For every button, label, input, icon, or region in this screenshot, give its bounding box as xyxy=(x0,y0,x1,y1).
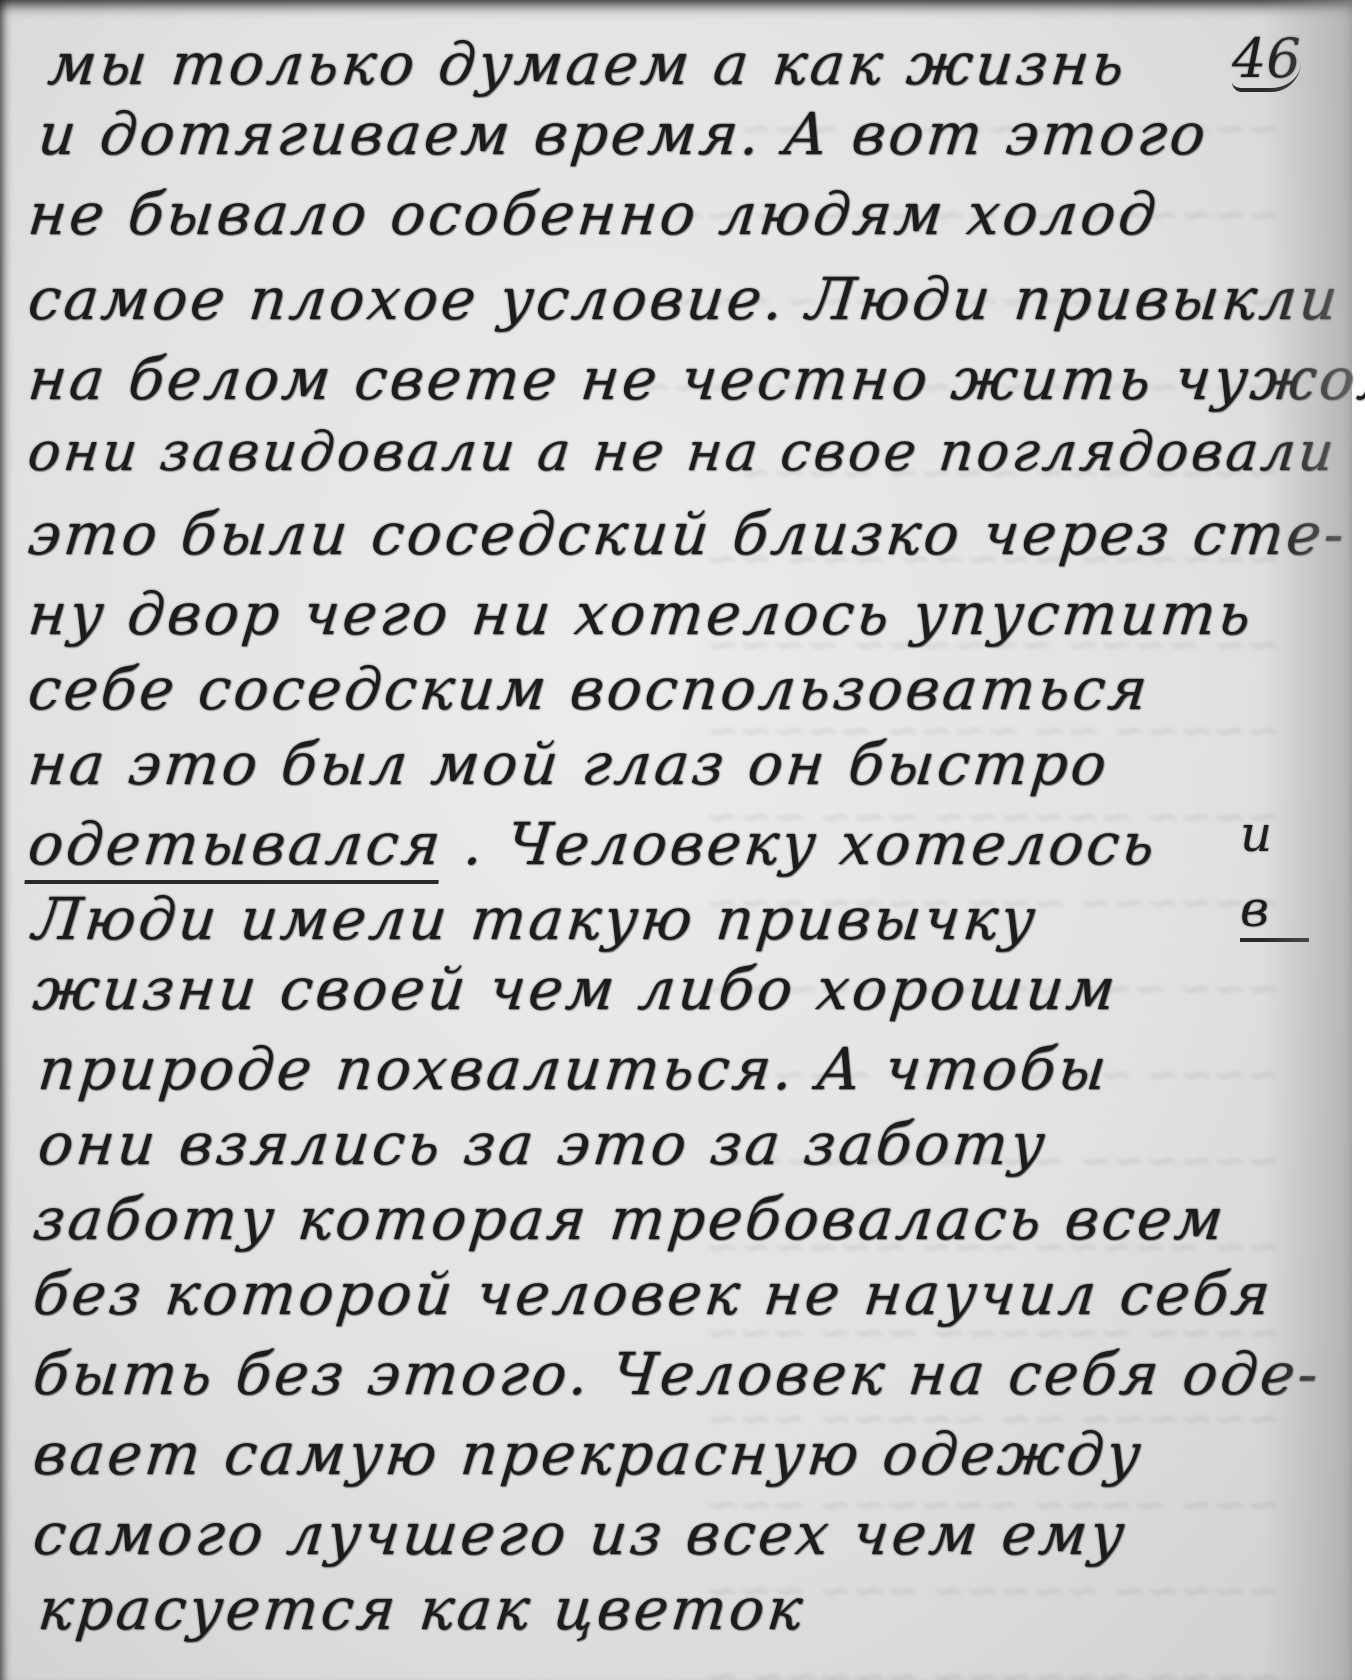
text-line-11: одетывался . Человеку хотелось xyxy=(25,810,1161,878)
line-11-rest: . Человеку хотелось xyxy=(461,810,1161,878)
margin-note-1: и xyxy=(1240,805,1272,863)
text-line-7: это были соседский близко через сте- xyxy=(25,500,1350,568)
margin-note-2: в xyxy=(1240,880,1309,942)
text-line-10: на это был мой глаз он быстро xyxy=(25,730,1113,798)
text-line-8: ну двор чего ни хотелось упустить xyxy=(25,580,1257,648)
underlined-word: одетывался xyxy=(24,810,446,884)
manuscript-page: ~~~ ~~~~ ~~~~~ ~~~ ~~~~~~ ~~~~ ~~~~~ ~~ … xyxy=(0,0,1352,1680)
text-line-9: себе соседским воспользоваться xyxy=(25,655,1153,723)
text-line-12: Люди имели такую привычку xyxy=(30,885,1041,953)
text-line-14: природе похвалиться. А чтобы xyxy=(35,1035,1112,1103)
text-line-1: мы только думаем а как жизнь xyxy=(45,30,1130,98)
text-line-17: без которой человек не научил себя xyxy=(30,1260,1276,1328)
text-line-20: самого лучшего из всех чем ему xyxy=(30,1500,1131,1568)
text-line-13: жизни своей чем либо хорошим xyxy=(30,955,1121,1023)
text-line-6: они завидовали а не на свое поглядовали xyxy=(25,420,1340,483)
text-line-4: самое плохое условие. Люди привыкли xyxy=(25,265,1344,333)
text-line-5: на белом свете не честно жить чужому xyxy=(25,345,1365,413)
text-line-18: быть без этого. Человек на себя оде- xyxy=(30,1340,1324,1408)
page-number: 46 xyxy=(1232,30,1301,92)
text-line-3: не бывало особенно людям холод xyxy=(25,180,1162,248)
text-line-19: вает самую прекрасную одежду xyxy=(30,1420,1147,1488)
text-line-21: красуется как цветок xyxy=(35,1575,809,1643)
text-line-16: заботу которая требовалась всем xyxy=(30,1185,1230,1253)
text-line-15: они взялись за это за заботу xyxy=(35,1110,1051,1178)
text-line-2: и дотягиваем время. А вот этого xyxy=(35,100,1212,168)
